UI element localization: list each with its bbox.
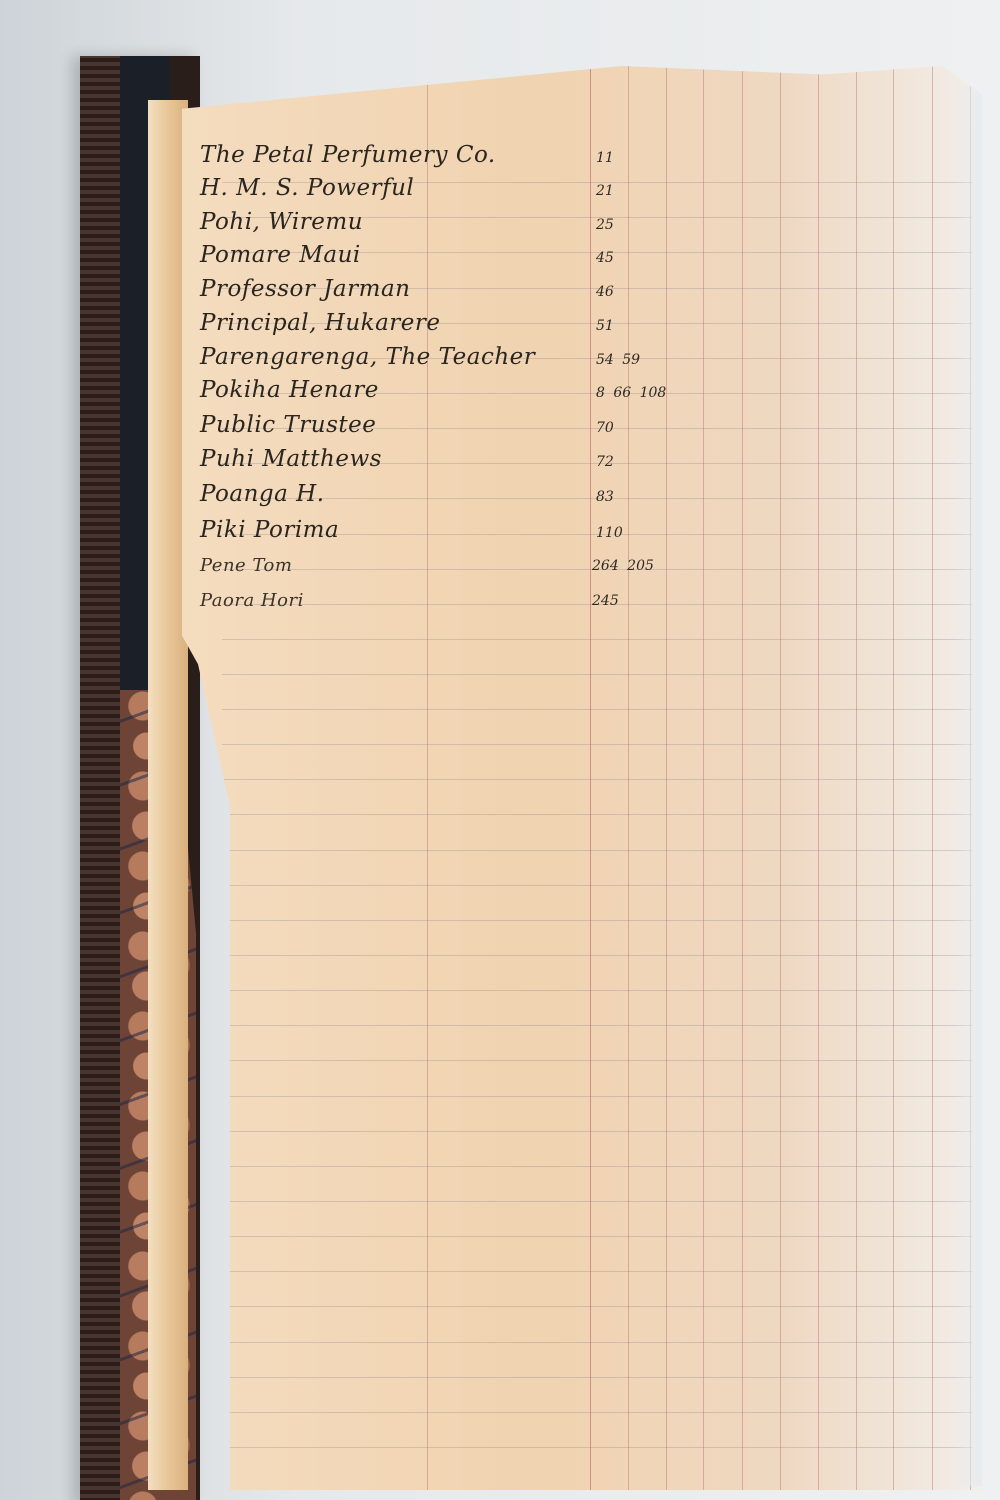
index-entry: Piki Porima 110 xyxy=(200,509,760,545)
entry-pages: 25 xyxy=(596,217,614,233)
rule-line xyxy=(222,744,972,745)
index-entry: Public Trustee 70 xyxy=(200,404,760,440)
index-entry: H. M. S. Powerful 21 xyxy=(200,167,760,203)
rule-line xyxy=(222,850,972,851)
rule-line xyxy=(222,1342,972,1343)
rule-line xyxy=(222,1377,972,1378)
index-entry: Parengarenga, The Teacher 54 59 xyxy=(200,336,760,372)
rule-line xyxy=(222,1166,972,1167)
rule-line xyxy=(222,1096,972,1097)
index-entry: Pohi, Wiremu 25 xyxy=(200,201,760,237)
rule-line xyxy=(222,1025,972,1026)
entry-pages: 245 xyxy=(592,593,619,609)
index-entry: Pene Tom 264 205 xyxy=(200,542,760,578)
entry-name: Professor Jarman xyxy=(200,276,410,302)
entry-name: Piki Porima xyxy=(200,517,339,543)
page-curl-highlight xyxy=(952,86,982,1486)
entry-name: Pohi, Wiremu xyxy=(200,209,363,235)
entry-name: Paora Hori xyxy=(200,590,304,611)
entry-name: Public Trustee xyxy=(200,412,376,438)
entry-name: H. M. S. Powerful xyxy=(200,175,414,201)
rule-line xyxy=(222,639,972,640)
rule-line xyxy=(222,709,972,710)
rule-line xyxy=(222,674,972,675)
entry-name: Poanga H. xyxy=(200,481,325,507)
rule-line xyxy=(222,990,972,991)
entry-pages: 8 66 108 xyxy=(596,385,666,401)
entry-pages: 83 xyxy=(596,489,614,505)
index-entry: Principal, Hukarere 51 xyxy=(200,302,760,338)
column-rule xyxy=(893,66,894,1490)
rule-line xyxy=(222,885,972,886)
index-entry: Pokiha Henare 8 66 108 xyxy=(200,369,760,405)
index-entry: The Petal Perfumery Co. 11 xyxy=(200,134,760,170)
rule-line xyxy=(222,1131,972,1132)
rule-line xyxy=(222,1060,972,1061)
entry-pages: 264 205 xyxy=(592,558,654,574)
entry-pages: 45 xyxy=(596,250,614,266)
index-entry: Professor Jarman 46 xyxy=(200,268,760,304)
entry-pages: 54 59 xyxy=(596,352,640,368)
index-entry: Poanga H. 83 xyxy=(200,473,760,509)
entry-pages: 70 xyxy=(596,420,614,436)
entry-name: Pene Tom xyxy=(200,555,292,576)
rule-line xyxy=(222,814,972,815)
column-rule xyxy=(856,66,857,1490)
entry-pages: 21 xyxy=(596,183,614,199)
entry-pages: 51 xyxy=(596,318,614,334)
rule-line xyxy=(222,1306,972,1307)
rule-line xyxy=(222,1271,972,1272)
index-entry: Puhi Matthews 72 xyxy=(200,438,760,474)
rule-line xyxy=(222,779,972,780)
index-entry: Pomare Maui 45 xyxy=(200,234,760,270)
entry-name: Pokiha Henare xyxy=(200,377,379,403)
entry-pages: 11 xyxy=(596,150,614,166)
column-rule xyxy=(780,66,781,1490)
column-rule xyxy=(818,66,819,1490)
entry-name: Puhi Matthews xyxy=(200,446,382,472)
rule-line xyxy=(222,1201,972,1202)
entry-name: Parengarenga, The Teacher xyxy=(200,344,535,370)
entry-pages: 46 xyxy=(596,284,614,300)
entry-pages: 72 xyxy=(596,454,614,470)
rule-line xyxy=(222,1447,972,1448)
entry-pages: 110 xyxy=(596,525,623,541)
rule-line xyxy=(222,1412,972,1413)
entry-name: The Petal Perfumery Co. xyxy=(200,142,496,168)
entry-name: Principal, Hukarere xyxy=(200,310,441,336)
rule-line xyxy=(222,1236,972,1237)
column-rule xyxy=(932,66,933,1490)
rule-line xyxy=(222,920,972,921)
rule-line xyxy=(222,955,972,956)
entry-name: Pomare Maui xyxy=(200,242,361,268)
index-entry: Paora Hori 245 xyxy=(200,577,760,613)
